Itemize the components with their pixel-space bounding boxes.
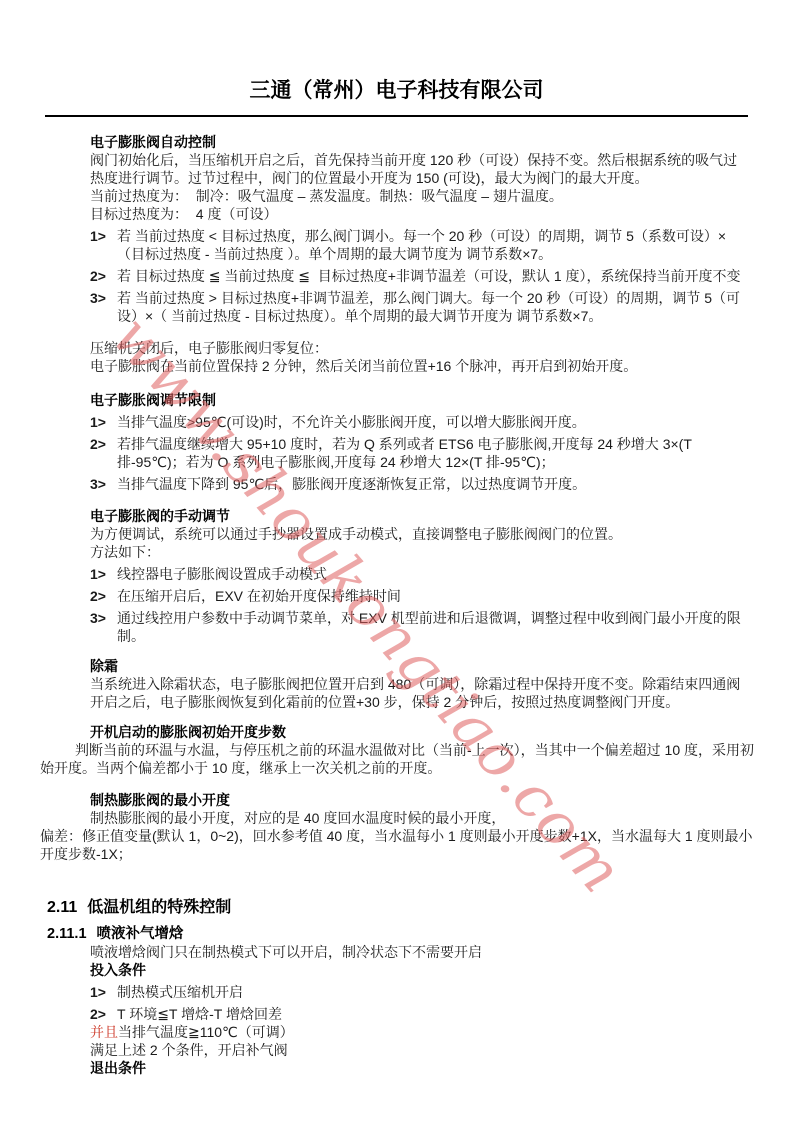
section-heading: 制热膨胀阀的最小开度 — [90, 791, 745, 809]
list-marker: 3> — [90, 475, 117, 493]
section-heading: 开机启动的膨胀阀初始开度步数 — [90, 723, 745, 741]
subchapter-heading-2-11-1: 2.11.1喷液补气增焓 — [47, 925, 745, 943]
list-item: 2> T 环境≦T 增焓-T 增焓回差 — [90, 1005, 745, 1023]
exit-conditions-label: 退出条件 — [90, 1059, 745, 1077]
numbered-list: 1> 当排气温度>95℃(可设)时，不允许关小膨胀阀开度，可以增大膨胀阀开度。 … — [90, 413, 745, 493]
list-item: 1> 线控器电子膨胀阀设置成手动模式 — [90, 565, 745, 583]
list-text: 若 当前过热度 > 目标过热度+非调节温差，那么阀门调大。每一个 20 秒（可设… — [117, 289, 745, 325]
list-marker: 2> — [90, 587, 117, 605]
numbered-list: 1> 制热模式压缩机开启 2> T 环境≦T 增焓-T 增焓回差 — [90, 983, 745, 1023]
list-marker: 1> — [90, 227, 117, 263]
section-exv-manual: 电子膨胀阀的手动调节 为方便调试，系统可以通过手抄器设置成手动模式，直接调整电子… — [90, 507, 745, 645]
section-exv-adjust-limit: 电子膨胀阀调节限制 1> 当排气温度>95℃(可设)时，不允许关小膨胀阀开度，可… — [90, 391, 745, 493]
list-marker: 1> — [90, 413, 117, 431]
section-heading: 除霜 — [90, 657, 745, 675]
list-text: 若排气温度继续增大 95+10 度时，若为 Q 系列或者 ETS6 电子膨胀阀,… — [117, 435, 745, 471]
chapter-number: 2.11 — [47, 899, 77, 916]
list-marker: 1> — [90, 983, 117, 1001]
section-heating-min-opening: 制热膨胀阀的最小开度 制热膨胀阀的最小开度，对应的是 40 度回水温度时候的最小… — [90, 791, 745, 863]
paragraph: 偏差：修正值变量(默认 1，0~2)，回水参考值 40 度，当水温每小 1 度则… — [40, 827, 755, 863]
section-liquid-injection: 2.11.1喷液补气增焓 喷液增焓阀门只在制热模式下可以开启，制冷状态下不需要开… — [90, 925, 745, 1077]
paragraph: 目标过热度为： 4 度（可设） — [90, 205, 745, 223]
paragraph: 阀门初始化后，当压缩机开启之后，首先保持当前开度 120 秒（可设）保持不变。然… — [90, 151, 745, 187]
paragraph: 制热膨胀阀的最小开度，对应的是 40 度回水温度时候的最小开度， — [90, 809, 745, 827]
list-item: 1> 若 当前过热度 < 目标过热度，那么阀门调小。每一个 20 秒（可设）的周… — [90, 227, 745, 263]
list-item: 3> 若 当前过热度 > 目标过热度+非调节温差，那么阀门调大。每一个 20 秒… — [90, 289, 745, 325]
section-heading: 电子膨胀阀自动控制 — [90, 133, 745, 151]
list-text: 在压缩开启后，EXV 在初始开度保持维持时间 — [117, 587, 745, 605]
list-text: 通过线控用户参数中手动调节菜单，对 EXV 机型前进和后退微调，调整过程中收到阀… — [117, 609, 745, 645]
entry-conditions-label: 投入条件 — [90, 961, 745, 979]
subchapter-number: 2.11.1 — [47, 926, 87, 942]
list-item: 3> 通过线控用户参数中手动调节菜单，对 EXV 机型前进和后退微调，调整过程中… — [90, 609, 745, 645]
paragraph: 判断当前的环温与水温，与停压机之前的环温水温做对比（当前-上一次），当其中一个偏… — [40, 741, 755, 777]
paragraph: 为方便调试，系统可以通过手抄器设置成手动模式，直接调整电子膨胀阀阀门的位置。 — [90, 525, 745, 543]
list-marker: 3> — [90, 609, 117, 645]
paragraph: 满足上述 2 个条件，开启补气阀 — [90, 1041, 745, 1059]
chapter-heading-2-11: 2.11低温机组的特殊控制 — [47, 897, 745, 919]
list-item: 2> 若排气温度继续增大 95+10 度时，若为 Q 系列或者 ETS6 电子膨… — [90, 435, 745, 471]
condition-text: 当排气温度≧110℃（可调） — [118, 1024, 294, 1040]
list-text: 制热模式压缩机开启 — [117, 983, 745, 1001]
numbered-list: 1> 线控器电子膨胀阀设置成手动模式 2> 在压缩开启后，EXV 在初始开度保持… — [90, 565, 745, 645]
paragraph: 电子膨胀阀在当前位置保持 2 分钟，然后关闭当前位置+16 个脉冲，再开启到初始… — [90, 357, 745, 375]
section-defrost: 除霜 当系统进入除霜状态，电子膨胀阀把位置开启到 480（可调），除霜过程中保持… — [90, 657, 745, 711]
document-content: 电子膨胀阀自动控制 阀门初始化后，当压缩机开启之后，首先保持当前开度 120 秒… — [0, 117, 793, 1077]
list-marker: 2> — [90, 267, 117, 285]
list-marker: 2> — [90, 435, 117, 471]
list-text: 线控器电子膨胀阀设置成手动模式 — [117, 565, 745, 583]
paragraph: 方法如下： — [90, 543, 745, 561]
paragraph: 喷液增焓阀门只在制热模式下可以开启，制冷状态下不需要开启 — [90, 943, 745, 961]
and-condition-line: 并且当排气温度≧110℃（可调） — [90, 1023, 745, 1041]
section-startup-initial-steps: 开机启动的膨胀阀初始开度步数 判断当前的环温与水温，与停压机之前的环温水温做对比… — [90, 723, 745, 777]
list-item: 2> 在压缩开启后，EXV 在初始开度保持维持时间 — [90, 587, 745, 605]
list-text: 若 当前过热度 < 目标过热度，那么阀门调小。每一个 20 秒（可设）的周期，调… — [117, 227, 745, 263]
subchapter-title: 喷液补气增焓 — [97, 926, 184, 942]
list-marker: 1> — [90, 565, 117, 583]
section-exv-auto-control: 电子膨胀阀自动控制 阀门初始化后，当压缩机开启之后，首先保持当前开度 120 秒… — [90, 133, 745, 375]
paragraph: 当前过热度为： 制冷：吸气温度 – 蒸发温度。制热：吸气温度 – 翅片温度。 — [90, 187, 745, 205]
paragraph: 压缩机关闭后，电子膨胀阀归零复位： — [90, 339, 745, 357]
list-text: T 环境≦T 增焓-T 增焓回差 — [117, 1005, 745, 1023]
list-item: 3> 当排气温度下降到 95℃后，膨胀阀开度逐渐恢复正常，以过热度调节开度。 — [90, 475, 745, 493]
list-marker: 3> — [90, 289, 117, 325]
company-title: 三通（常州）电子科技有限公司 — [0, 0, 793, 106]
list-item: 1> 制热模式压缩机开启 — [90, 983, 745, 1001]
list-item: 1> 当排气温度>95℃(可设)时，不允许关小膨胀阀开度，可以增大膨胀阀开度。 — [90, 413, 745, 431]
and-also-emphasis: 并且 — [90, 1024, 118, 1040]
list-text: 当排气温度下降到 95℃后，膨胀阀开度逐渐恢复正常，以过热度调节开度。 — [117, 475, 745, 493]
section-heading: 电子膨胀阀的手动调节 — [90, 507, 745, 525]
list-text: 当排气温度>95℃(可设)时，不允许关小膨胀阀开度，可以增大膨胀阀开度。 — [117, 413, 745, 431]
list-item: 2> 若 目标过热度 ≦ 当前过热度 ≦ 目标过热度+非调节温差（可设，默认 1… — [90, 267, 745, 285]
chapter-title: 低温机组的特殊控制 — [87, 899, 231, 916]
section-heading: 电子膨胀阀调节限制 — [90, 391, 745, 409]
paragraph: 当系统进入除霜状态，电子膨胀阀把位置开启到 480（可调），除霜过程中保持开度不… — [90, 675, 745, 711]
list-text: 若 目标过热度 ≦ 当前过热度 ≦ 目标过热度+非调节温差（可设，默认 1 度）… — [117, 267, 745, 285]
numbered-list: 1> 若 当前过热度 < 目标过热度，那么阀门调小。每一个 20 秒（可设）的周… — [90, 227, 745, 325]
list-marker: 2> — [90, 1005, 117, 1023]
document-page: 三通（常州）电子科技有限公司 电子膨胀阀自动控制 阀门初始化后，当压缩机开启之后… — [0, 0, 793, 1121]
